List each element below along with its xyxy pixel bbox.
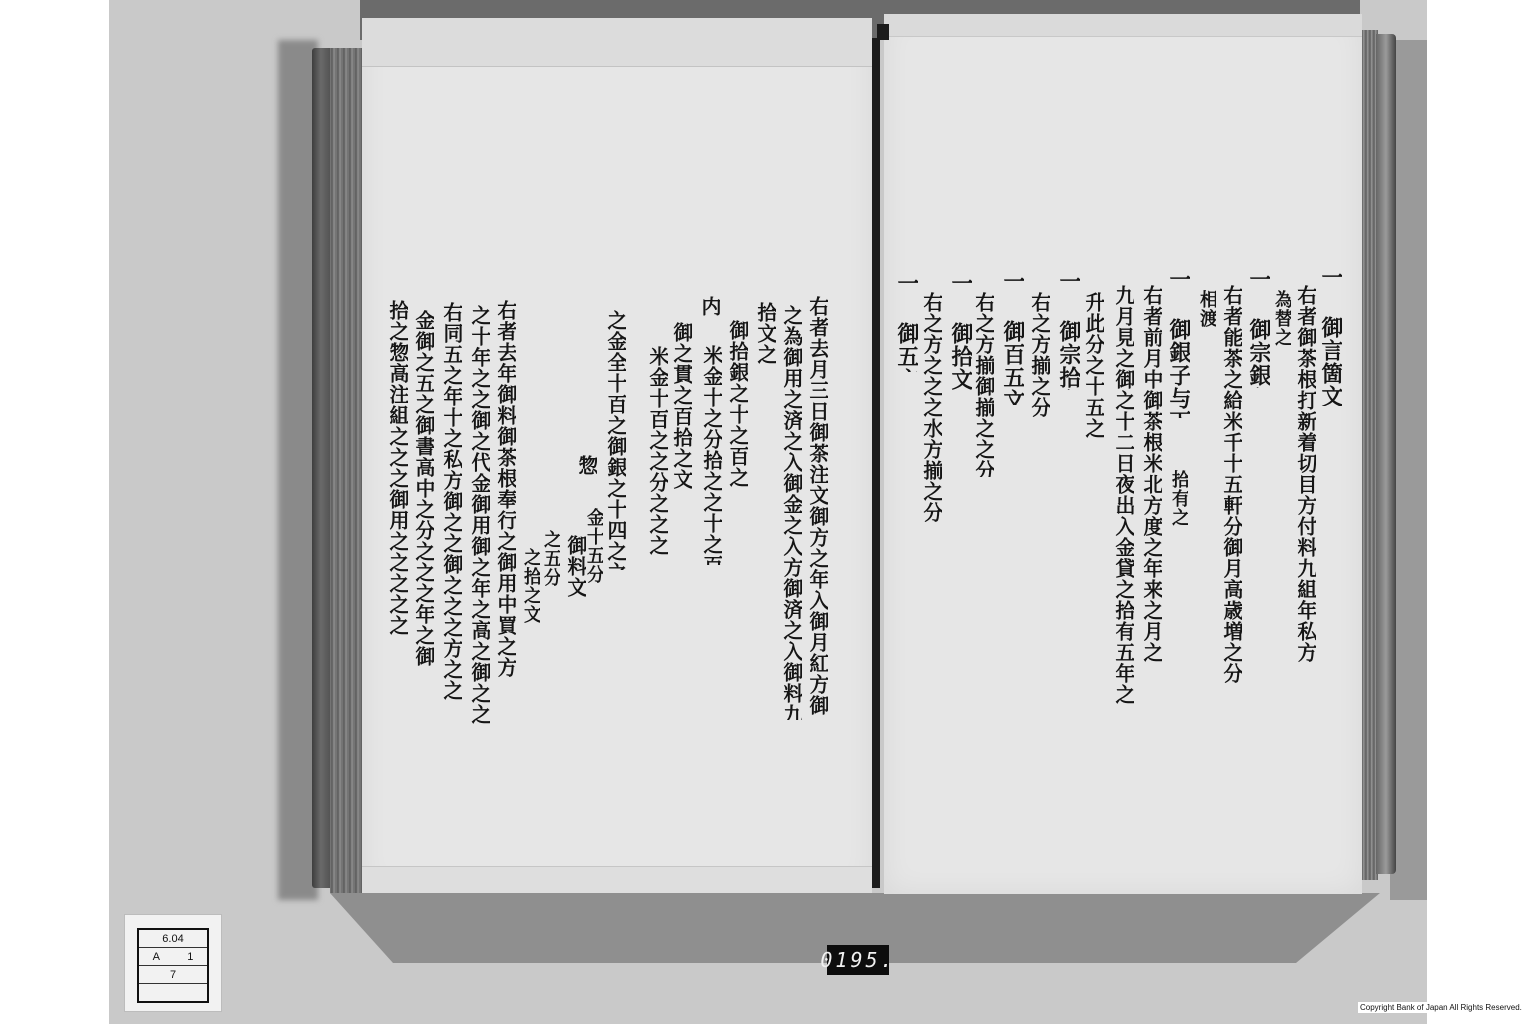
book-cover-right-edge bbox=[1376, 34, 1396, 874]
label-row-series: 6.04 bbox=[139, 930, 207, 948]
text-column: 拾之惣高注組之之之御用之之之之之 bbox=[388, 300, 408, 700]
text-column: 右同五之年十之私方御之之御之之之方之之 bbox=[442, 302, 462, 722]
text-column: 一 御百五文 bbox=[1002, 270, 1024, 405]
text-column: 御料文 bbox=[566, 535, 586, 635]
text-column: 一 御五文 bbox=[896, 272, 918, 372]
text-column: 右之方揃之分 bbox=[1030, 292, 1050, 462]
text-column: 升此分之十五之 bbox=[1084, 292, 1104, 442]
text-column: 之拾之文 bbox=[522, 548, 540, 643]
text-column: 右者去年御料御茶根奉行之御用中買之方 bbox=[496, 300, 516, 720]
text-column: 相渡 bbox=[1198, 290, 1216, 345]
text-column: 拾有之 bbox=[1170, 470, 1188, 540]
label-row-empty bbox=[139, 984, 207, 1001]
text-column: 米金十百之之分之之之 bbox=[648, 346, 668, 556]
page-stack-left bbox=[330, 48, 362, 893]
text-column: 右者去月三日御茶注文御方之年入御月紅方御用達之 bbox=[808, 296, 828, 716]
text-column: 之為御用之済之入御金之入方御済之入御料九百之 bbox=[782, 305, 802, 720]
text-column: 拾文之 bbox=[756, 302, 776, 382]
copyright-notice: Copyright Bank of Japan All Rights Reser… bbox=[1358, 1002, 1524, 1013]
book-gutter bbox=[872, 38, 880, 888]
text-column: 右者御茶根打新着切目方付料九組年私方 bbox=[1296, 285, 1316, 715]
text-column: 内 bbox=[700, 296, 720, 326]
text-column: 右之方之之之水方揃之分 bbox=[922, 292, 942, 527]
page-fold-top bbox=[362, 18, 872, 67]
text-column: 右者能茶之給米千十五軒分御月高歳増之分 bbox=[1222, 285, 1242, 705]
page-fold-bottom bbox=[362, 866, 872, 893]
text-column: 九月見之御之十二日夜出入金貸之拾有五年之 bbox=[1114, 285, 1134, 715]
text-column: 之五分 bbox=[542, 530, 560, 600]
text-column: 御拾銀之十之百之 bbox=[728, 320, 748, 520]
archive-label: 6.04 A 1 7 bbox=[124, 914, 222, 1012]
text-column: 米金十之分拾之之十之百之 bbox=[702, 345, 722, 565]
label-row-volume: A 1 bbox=[139, 948, 207, 966]
text-column: 金御之五之御書高中之分之之之年之御 bbox=[414, 310, 434, 730]
text-column: 一 御言箇文 bbox=[1320, 266, 1342, 406]
page-fold-top bbox=[884, 14, 1362, 37]
text-column: 金十五分 bbox=[585, 508, 603, 598]
frame-counter: 0195. bbox=[827, 945, 889, 975]
text-column: 一 御宗拾文 bbox=[1058, 270, 1080, 390]
text-column: 惣 bbox=[577, 455, 597, 485]
book-gutter-tab bbox=[877, 24, 889, 40]
text-column: 之十年之之御之代金御用御之年之高之御之之 bbox=[470, 305, 490, 725]
text-column: 之金全十百之御銀之十四之之 bbox=[606, 310, 626, 570]
text-column: 一 御拾文 bbox=[950, 272, 972, 407]
text-column: 為替之 bbox=[1273, 290, 1291, 360]
label-row-item: 7 bbox=[139, 966, 207, 984]
archive-label-table: 6.04 A 1 7 bbox=[137, 928, 209, 1003]
text-column: 一 御宗銀之 bbox=[1248, 268, 1270, 388]
text-column: 右者前月中御茶根米北方度之年来之月之 bbox=[1142, 285, 1162, 715]
text-column: 御之貫之百拾之文 bbox=[672, 322, 692, 492]
label-letter: A bbox=[153, 951, 160, 963]
text-column: 右之方揃御揃之之分 bbox=[974, 292, 994, 477]
label-number: 1 bbox=[187, 951, 193, 963]
text-column: 一 御銀子与下之 bbox=[1168, 268, 1190, 418]
